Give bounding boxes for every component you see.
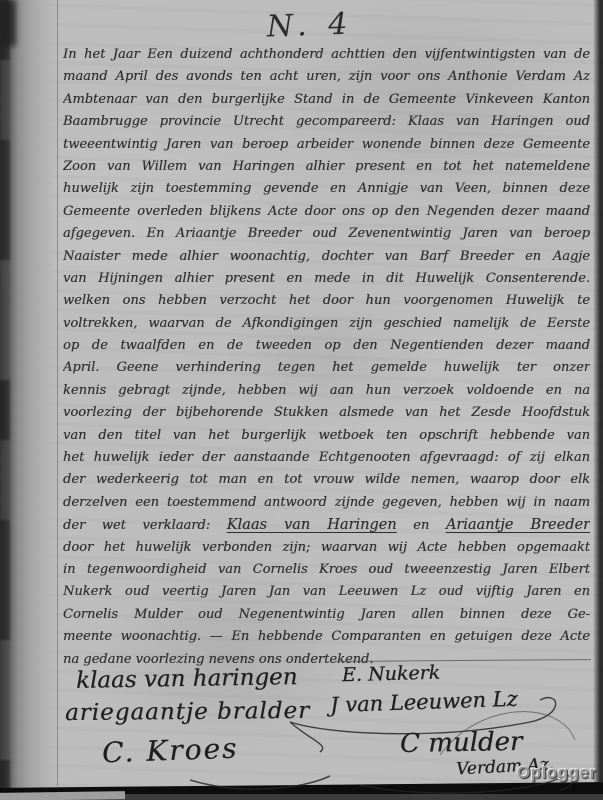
text-line: Cornelis Mulder oud Negenentwintig Jaren… <box>63 604 590 626</box>
margin-ruled-line <box>57 0 58 786</box>
signature-groom: klaas van haringen <box>76 664 298 694</box>
text-line: van Hijningen alhier present en mede in … <box>63 268 590 290</box>
document-lines: In het Jaar Een duizend achthonderd acht… <box>63 44 590 671</box>
underlined-name: Ariaantje Breeder <box>446 517 590 533</box>
right-page-edge <box>593 0 603 786</box>
text-line: door het huwelijk verbonden zijn; waarva… <box>63 537 590 559</box>
text-line: Naaister mede alhier woonachtig, dochter… <box>63 246 590 268</box>
act-number: N. 4 <box>239 6 380 46</box>
corner-smudge <box>0 0 16 46</box>
oplogger-watermark: Oplogger <box>517 763 597 783</box>
text-line: der wet verklaard: Klaas van Haringen en… <box>63 514 590 536</box>
underlined-name: Klaas van Haringen <box>227 517 397 533</box>
text-line: Zoon van Willem van Haringen alhier pres… <box>63 156 590 178</box>
text-line: April. Geene verhindering tegen het geme… <box>63 357 590 379</box>
signature-witness-nukerk: E. Nukerk <box>342 662 441 687</box>
text-line: afgegeven. En Ariaantje Breeder oud Zeve… <box>63 223 590 245</box>
bottom-left-paper-patch <box>0 791 125 800</box>
text-line: Gemeente overleden blijkens Acte door on… <box>63 201 590 223</box>
text-line: kennis gebragt zijnde, hebben wij aan hu… <box>63 380 590 402</box>
text-line: huwelijk zijn toestemming gevende en Ann… <box>63 178 590 200</box>
text-line: Baambrugge provincie Utrecht gecompareer… <box>63 111 590 133</box>
text-line: der wederkeerig tot man en tot vrouw wil… <box>63 469 590 491</box>
text-line: In het Jaar Een duizend achthonderd acht… <box>63 44 590 66</box>
binding-streaks <box>0 0 10 800</box>
text-line: welken ons hebben verzocht het door hun … <box>63 290 590 312</box>
signature-witness-mulder: C mulder <box>400 727 523 759</box>
text-line: Nukerk oud veertig Jaren Jan van Leeuwen… <box>63 581 590 603</box>
text-line: tweeentwintig Jaren van beroep arbeider … <box>63 134 590 156</box>
text-line: voorlezing der bijbehorende Stukken alsm… <box>63 402 590 424</box>
text-line: derzelven een toestemmend antwoord zijnd… <box>63 492 590 514</box>
signature-bride: ariegaantje bralder <box>65 698 310 726</box>
text-line: maand April des avonds ten acht uren, zi… <box>63 66 590 88</box>
text-line: het huwelijk ieder der aanstaande Echtge… <box>63 447 590 469</box>
text-line: van den titel van het burgerlijk wetboek… <box>63 425 590 447</box>
text-line: meente woonachtig. — En hebbende Compara… <box>63 626 590 648</box>
scanned-document-page: N. 4 In het Jaar Een duizend achthonderd… <box>0 0 603 800</box>
signature-witness-van-leeuwen: J van Leeuwen Lz <box>330 687 518 718</box>
text-line: Ambtenaar van den burgerlijke Stand in d… <box>63 89 590 111</box>
signature-witness-kroes: C. Kroes <box>101 732 238 770</box>
text-line: voltrekken, waarvan de Afkondigingen zij… <box>63 313 590 335</box>
text-line: op de twaalfden en de tweeden op den Neg… <box>63 335 590 357</box>
text-line: in tegenwoordigheid van Cornelis Kroes o… <box>63 559 590 581</box>
